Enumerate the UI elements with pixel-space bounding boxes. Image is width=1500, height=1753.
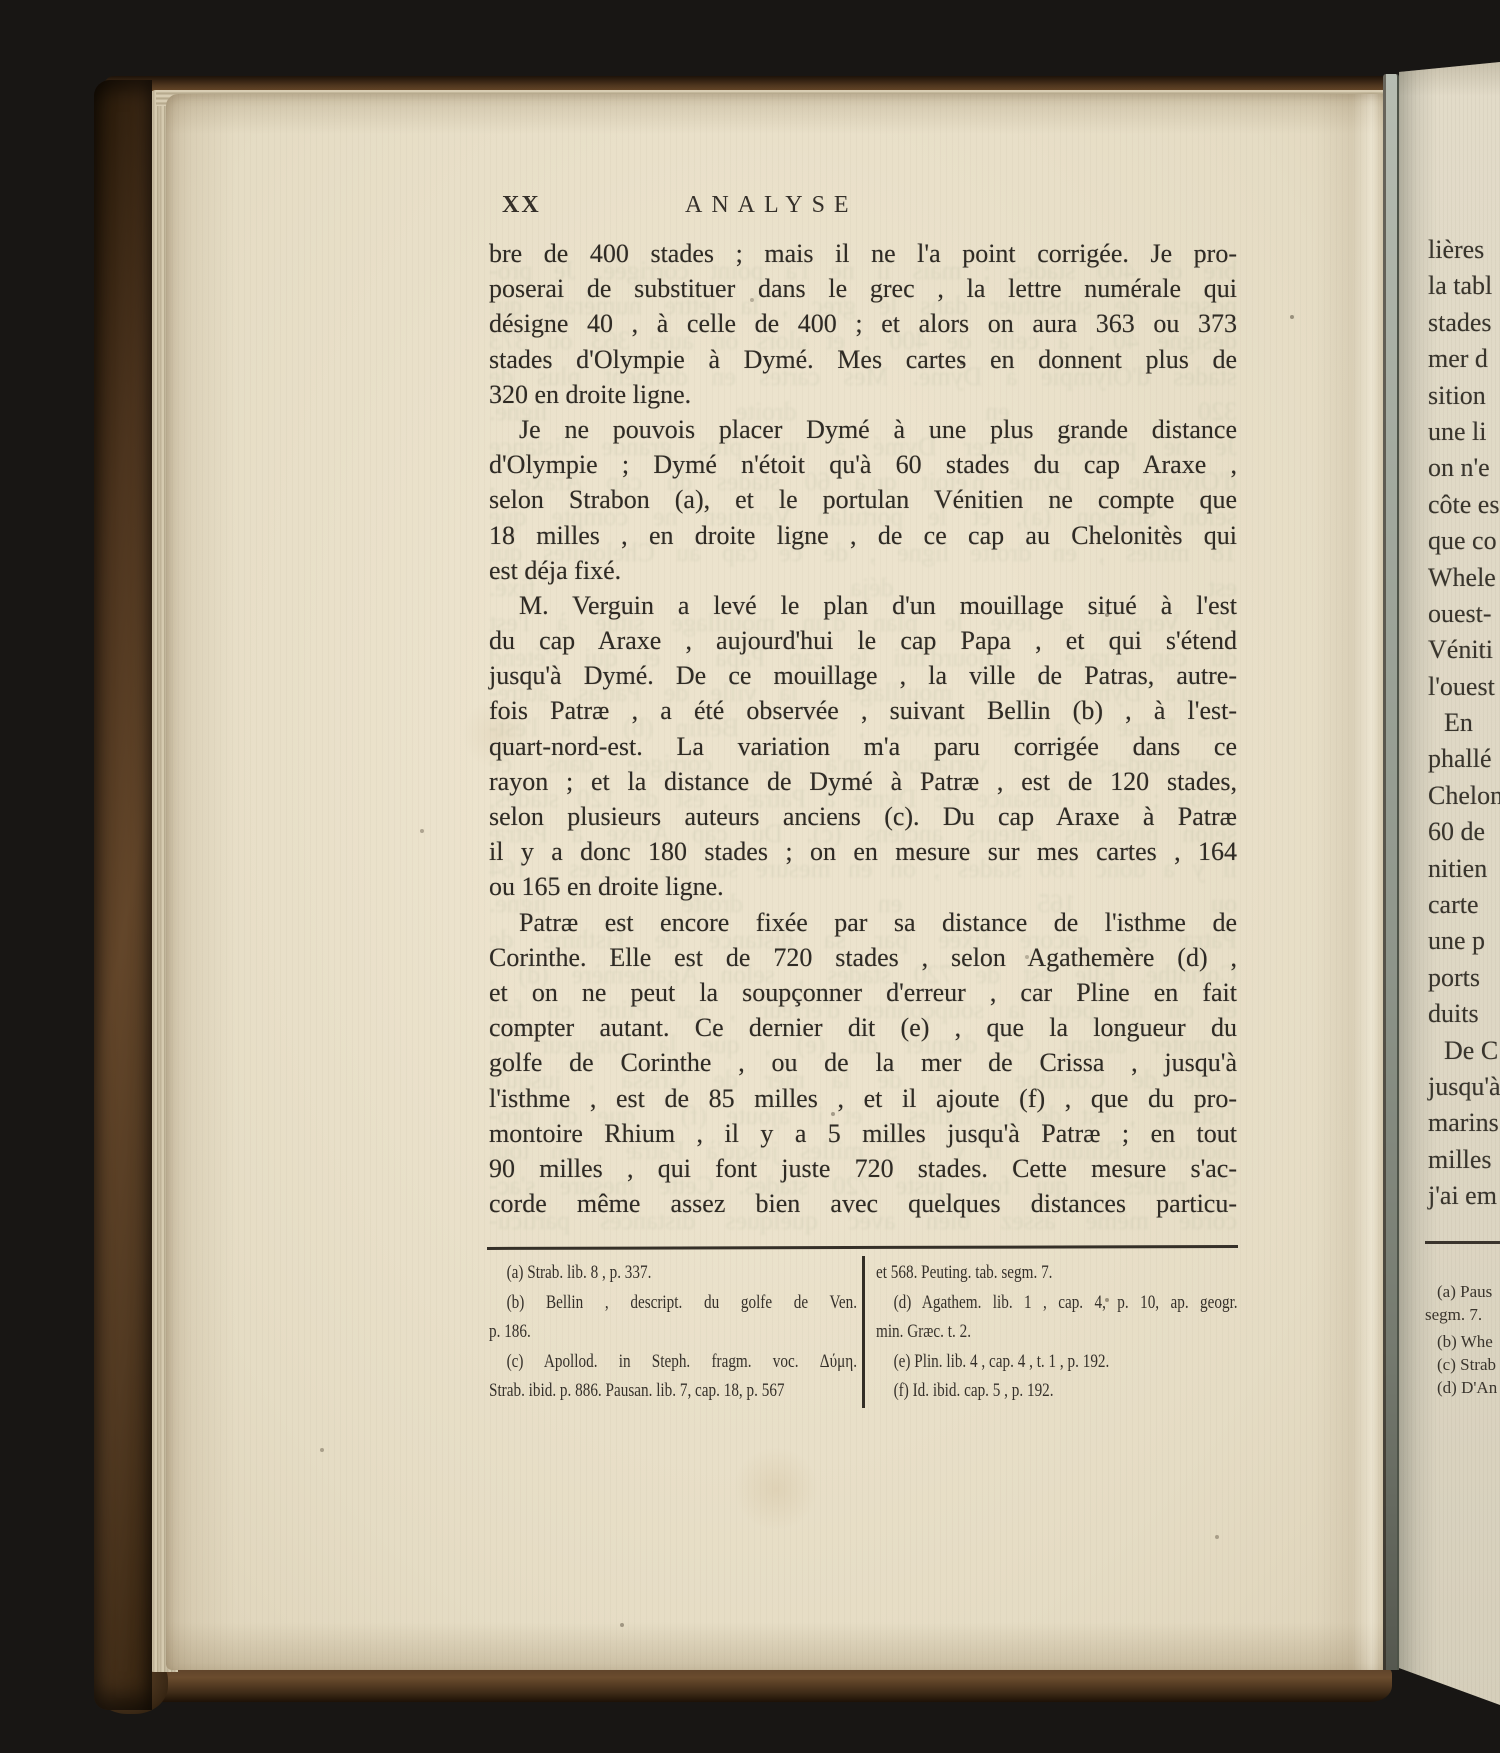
footnote-column-divider: [862, 1256, 865, 1408]
text-line: Je ne pouvois placer Dymé à une plus gra…: [489, 412, 1237, 447]
text-line-fragment: Chelon: [1428, 778, 1500, 814]
text-line: selon plusieurs auteurs anciens (c). Du …: [489, 799, 1237, 834]
text-line-fragment: la tabl: [1428, 268, 1500, 304]
leather-cover-spine-edge: [94, 80, 152, 1710]
text-line-fragment: marins: [1428, 1105, 1500, 1141]
text-line: corde même assez bien avec quelques dist…: [489, 1186, 1237, 1221]
text-line: du cap Araxe , aujourd'hui le cap Papa ,…: [489, 623, 1237, 658]
footnote-line: min. Græc. t. 2.: [876, 1317, 1238, 1347]
text-line: et on ne peut la soupçonner d'erreur , c…: [489, 975, 1237, 1010]
text-line: poserai de substituer dans le grec , la …: [489, 271, 1237, 306]
text-line: quart-nord-est. La variation m'a paru co…: [489, 729, 1237, 764]
next-page-text-fragments: lièresla tablstadesmer dsitionune lion n…: [1428, 232, 1500, 1215]
book-gutter: [1383, 74, 1399, 1670]
text-line: Corinthe. Elle est de 720 stades , selon…: [489, 940, 1237, 975]
text-line-fragment: nitien: [1428, 851, 1500, 887]
text-line-fragment: une p: [1428, 923, 1500, 959]
footnote-fragment: (b) Whe: [1425, 1330, 1500, 1353]
main-text-block: bre de 400 stades ; mais il ne l'a point…: [489, 236, 1237, 1221]
text-line: jusqu'à Dymé. De ce mouillage , la ville…: [489, 658, 1237, 693]
text-line: est déja fixé.: [489, 553, 1237, 588]
footnote-line: (f) Id. ibid. cap. 5 , p. 192.: [876, 1376, 1238, 1406]
footnote-line: (b) Bellin , descript. du golfe de Ven.: [489, 1288, 857, 1318]
paper-specks: [166, 94, 168, 96]
text-line: 18 milles , en droite ligne , de ce cap …: [489, 518, 1237, 553]
footnote-line: (c) Apollod. in Steph. fragm. voc. Δύμη.: [489, 1347, 857, 1377]
footnote-line: p. 186.: [489, 1317, 857, 1347]
next-page-partial: lièresla tablstadesmer dsitionune lion n…: [1399, 62, 1500, 1710]
page-number: XX: [502, 192, 541, 219]
footnote-fragment: (c) Strab: [1425, 1353, 1500, 1376]
text-line-fragment: l'ouest: [1428, 669, 1500, 705]
text-line-fragment: jusqu'à: [1428, 1069, 1500, 1105]
text-line: ou 165 en droite ligne.: [489, 869, 1237, 904]
text-line: l'isthme , est de 85 milles , et il ajou…: [489, 1081, 1237, 1116]
next-page-footnote-fragments: (a) Paussegm. 7.(b) Whe(c) Strab(d) D'An: [1425, 1280, 1500, 1399]
text-line-fragment: j'ai em: [1428, 1178, 1500, 1214]
text-line: 90 milles , qui font juste 720 stades. C…: [489, 1151, 1237, 1186]
text-line-fragment: Véniti: [1428, 632, 1500, 668]
next-page-footnote-rule: [1425, 1241, 1500, 1244]
text-line: Patræ est encore fixée par sa distance d…: [489, 905, 1237, 940]
text-line: compter autant. Ce dernier dit (e) , que…: [489, 1010, 1237, 1045]
text-line: bre de 400 stades ; mais il ne l'a point…: [489, 236, 1237, 271]
text-line-fragment: ouest-: [1428, 596, 1500, 632]
text-line-fragment: Whele: [1428, 560, 1500, 596]
text-line-fragment: ports: [1428, 960, 1500, 996]
text-line: 320 en droite ligne.: [489, 377, 1237, 412]
text-line: M. Verguin a levé le plan d'un mouillage…: [489, 588, 1237, 623]
footnotes-left-column: (a) Strab. lib. 8 , p. 337.(b) Bellin , …: [489, 1258, 857, 1406]
text-line: il y a donc 180 stades ; on en mesure su…: [489, 834, 1237, 869]
text-line-fragment: lières: [1428, 232, 1500, 268]
text-line-fragment: sition: [1428, 378, 1500, 414]
footnotes-right-column: et 568. Peuting. tab. segm. 7.(d) Agathe…: [876, 1258, 1238, 1406]
page-header: XX ANALYSE: [489, 190, 1237, 222]
text-line-fragment: phallé: [1428, 741, 1500, 777]
text-line-fragment: que co: [1428, 523, 1500, 559]
text-line-fragment: duits: [1428, 996, 1500, 1032]
scanned-book-photo: XX ANALYSE bre de 400 stades ; mais il n…: [0, 0, 1500, 1753]
footnote-line: et 568. Peuting. tab. segm. 7.: [876, 1258, 1238, 1288]
text-line: fois Patræ , a été observée , suivant Be…: [489, 693, 1237, 728]
footnote-fragment: (a) Paus: [1425, 1280, 1500, 1303]
text-line-fragment: carte: [1428, 887, 1500, 923]
footnote-line: (d) Agathem. lib. 1 , cap. 4, p. 10, ap.…: [876, 1288, 1238, 1318]
footnote-fragment: segm. 7.: [1425, 1303, 1500, 1326]
text-line-fragment: 60 de: [1428, 814, 1500, 850]
text-line: rayon ; et la distance de Dymé à Patræ ,…: [489, 764, 1237, 799]
left-page: XX ANALYSE bre de 400 stades ; mais il n…: [166, 94, 1396, 1670]
text-line: stades d'Olympie à Dymé. Mes cartes en d…: [489, 342, 1237, 377]
text-line: montoire Rhium , il y a 5 milles jusqu'à…: [489, 1116, 1237, 1151]
text-line-fragment: côte es: [1428, 487, 1500, 523]
text-line: golfe de Corinthe , ou de la mer de Cris…: [489, 1045, 1237, 1080]
text-line-fragment: De C: [1428, 1033, 1500, 1069]
text-line-fragment: milles: [1428, 1142, 1500, 1178]
footnote-line: (a) Strab. lib. 8 , p. 337.: [489, 1258, 857, 1288]
footnote-line: Strab. ibid. p. 886. Pausan. lib. 7, cap…: [489, 1376, 857, 1406]
text-line-fragment: on n'e: [1428, 450, 1500, 486]
text-line: désigne 40 , à celle de 400 ; et alors o…: [489, 306, 1237, 341]
text-line: selon Strabon (a), et le portulan Véniti…: [489, 482, 1237, 517]
footnote-fragment: (d) D'An: [1425, 1376, 1500, 1399]
text-line-fragment: En: [1428, 705, 1500, 741]
text-line-fragment: stades: [1428, 305, 1500, 341]
text-line-fragment: une li: [1428, 414, 1500, 450]
running-title: ANALYSE: [685, 192, 858, 219]
text-line-fragment: mer d: [1428, 341, 1500, 377]
text-line: d'Olympie ; Dymé n'étoit qu'à 60 stades …: [489, 447, 1237, 482]
footnote-line: (e) Plin. lib. 4 , cap. 4 , t. 1 , p. 19…: [876, 1347, 1238, 1377]
leather-cover-bottom-edge: [96, 1668, 1392, 1702]
